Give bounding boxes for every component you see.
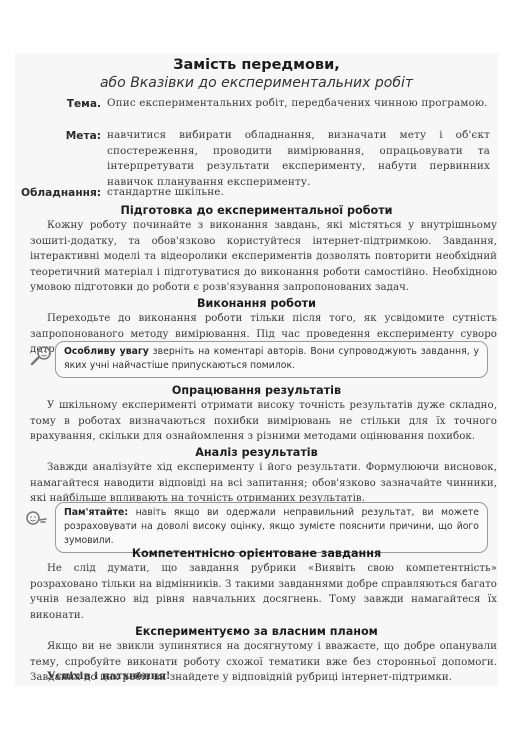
section-heading: Аналіз результатів [15,446,498,459]
section-heading: Виконання роботи [15,297,498,310]
page-panel: Замість передмови, або Вказівки до експе… [15,53,498,686]
meta-text: навчитися вибирати обладнання, визначати… [107,128,490,190]
section-heading: Підготовка до експериментальної роботи [15,204,498,217]
section-heading: Експериментуємо за власним планом [15,625,498,638]
page-subtitle: або Вказівки до експериментальних робіт [15,75,498,91]
section-text: Завжди аналізуйте хід експерименту і йог… [30,460,497,507]
meta-label: Обладнання: [15,187,101,199]
meta-label: Мета: [45,130,101,142]
magnifier-face-icon [28,345,54,367]
note-bold: Особливу увагу [64,346,149,357]
note-remember: Пам'ятайте: навіть якщо ви одержали непр… [55,502,488,553]
page-title: Замість передмови, [15,57,498,73]
section-heading: Опрацювання результатів [15,384,498,397]
section-text: Кожну роботу починайте з виконання завда… [30,218,497,296]
section-text: У шкільному експерименті отримати високу… [30,398,497,445]
meta-text: стандартне шкільне. [107,185,490,201]
meta-label: Тема. [45,98,101,110]
note-bold: Пам'ятайте: [64,507,128,518]
closing-text: Успіхів і натхнення! [47,670,171,682]
note-attention: Особливу увагу зверніть на коментарі авт… [55,341,488,378]
pointing-face-icon [24,510,54,528]
meta-text: Опис експериментальних робіт, передбачен… [107,96,490,112]
section-text: Не слід думати, що завдання рубрики «Вия… [30,561,497,623]
section-heading: Компетентнісно орієнтоване завдання [15,547,498,560]
